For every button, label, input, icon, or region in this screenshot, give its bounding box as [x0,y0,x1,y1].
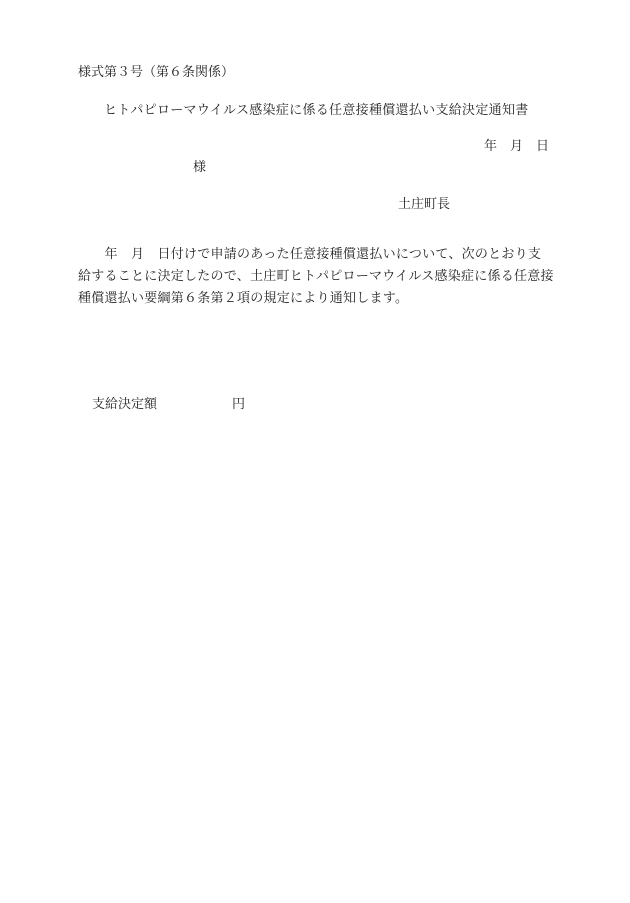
date-line: 年 月 日 [484,140,549,153]
form-number: 様式第３号（第６条関係） [78,66,234,79]
amount-label: 支給決定額 [92,398,157,411]
body-line-3: 種償還払い要綱第６条第２項の規定により通知します。 [78,292,408,305]
body-line-2: 給することに決定したので、土庄町ヒトパピローマウイルス感染症に係る任意接 [78,270,554,283]
document-title: ヒトパピローマウイルス感染症に係る任意接種償還払い支給決定通知書 [104,104,529,117]
addressee-suffix: 様 [193,161,206,174]
amount-unit: 円 [232,398,245,411]
issuer: 土庄町長 [398,198,450,211]
body-line-1: 年 月 日付けで申請のあった任意接種償還払いについて、次のとおり支 [78,248,541,261]
